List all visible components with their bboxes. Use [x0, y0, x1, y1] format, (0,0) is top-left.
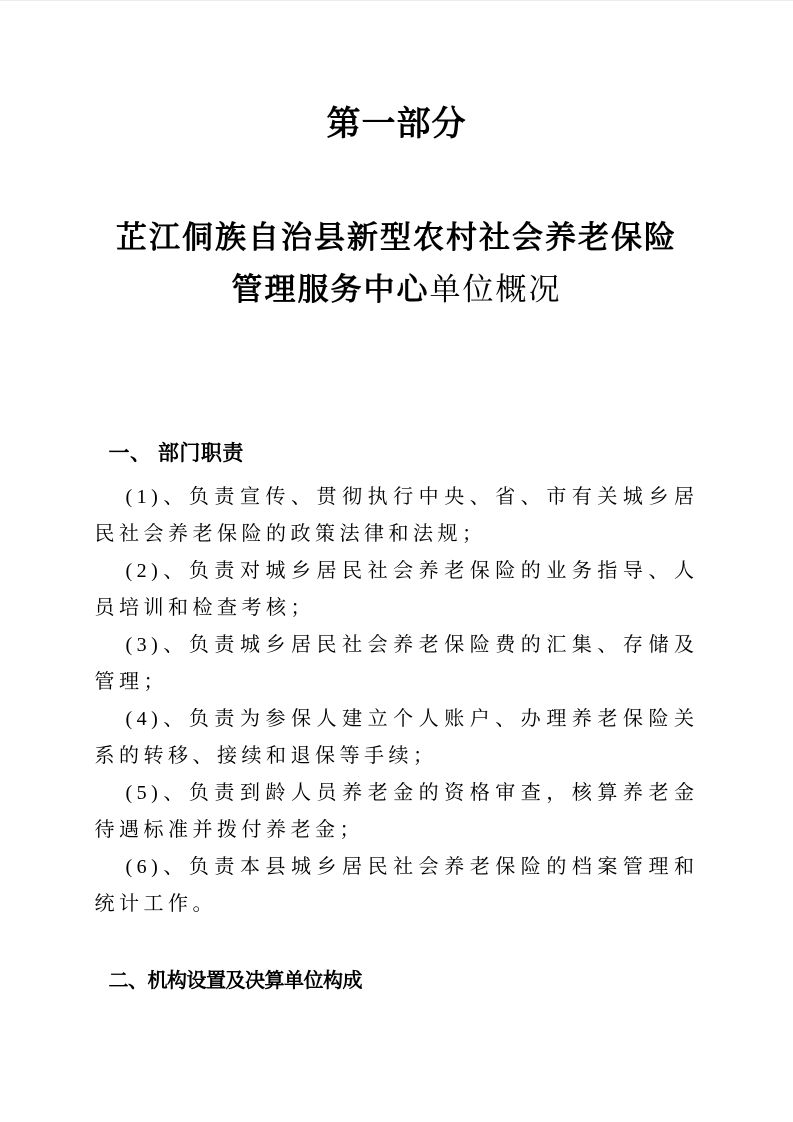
- document-content: 第一部分 芷江侗族自治县新型农村社会养老保险 管理服务中心单位概况 一、 部门职…: [95, 100, 699, 995]
- section-2-heading: 二、机构设置及决算单位构成: [95, 967, 699, 995]
- part-heading: 第一部分: [95, 100, 699, 148]
- paragraph-1: (1)、负责宣传、贯彻执行中央、省、市有关城乡居民社会养老保险的政策法律和法规；: [95, 479, 699, 553]
- document-title: 芷江侗族自治县新型农村社会养老保险 管理服务中心单位概况: [95, 212, 699, 316]
- title-line2-bold: 管理服务中心: [232, 272, 430, 307]
- section-1-heading: 一、 部门职责: [95, 440, 699, 468]
- paragraph-4: (4)、负责为参保人建立个人账户、办理养老保险关系的转移、接续和退保等手续；: [95, 701, 699, 775]
- paragraph-5: (5)、负责到龄人员养老金的资格审查，核算养老金待遇标准并拨付养老金；: [95, 775, 699, 849]
- paragraph-6: (6)、负责本县城乡居民社会养老保险的档案管理和统计工作。: [95, 849, 699, 923]
- document-page: 第一部分 芷江侗族自治县新型农村社会养老保险 管理服务中心单位概况 一、 部门职…: [0, 0, 793, 1122]
- title-line2: 管理服务中心单位概况: [95, 264, 699, 316]
- paragraph-2: (2)、负责对城乡居民社会养老保险的业务指导、人员培训和检查考核；: [95, 553, 699, 627]
- paragraph-3: (3)、负责城乡居民社会养老保险费的汇集、存储及管理；: [95, 627, 699, 701]
- section-1-body: (1)、负责宣传、贯彻执行中央、省、市有关城乡居民社会养老保险的政策法律和法规；…: [95, 479, 699, 923]
- title-line1: 芷江侗族自治县新型农村社会养老保险: [95, 212, 699, 264]
- title-line2-regular: 单位概况: [430, 272, 562, 307]
